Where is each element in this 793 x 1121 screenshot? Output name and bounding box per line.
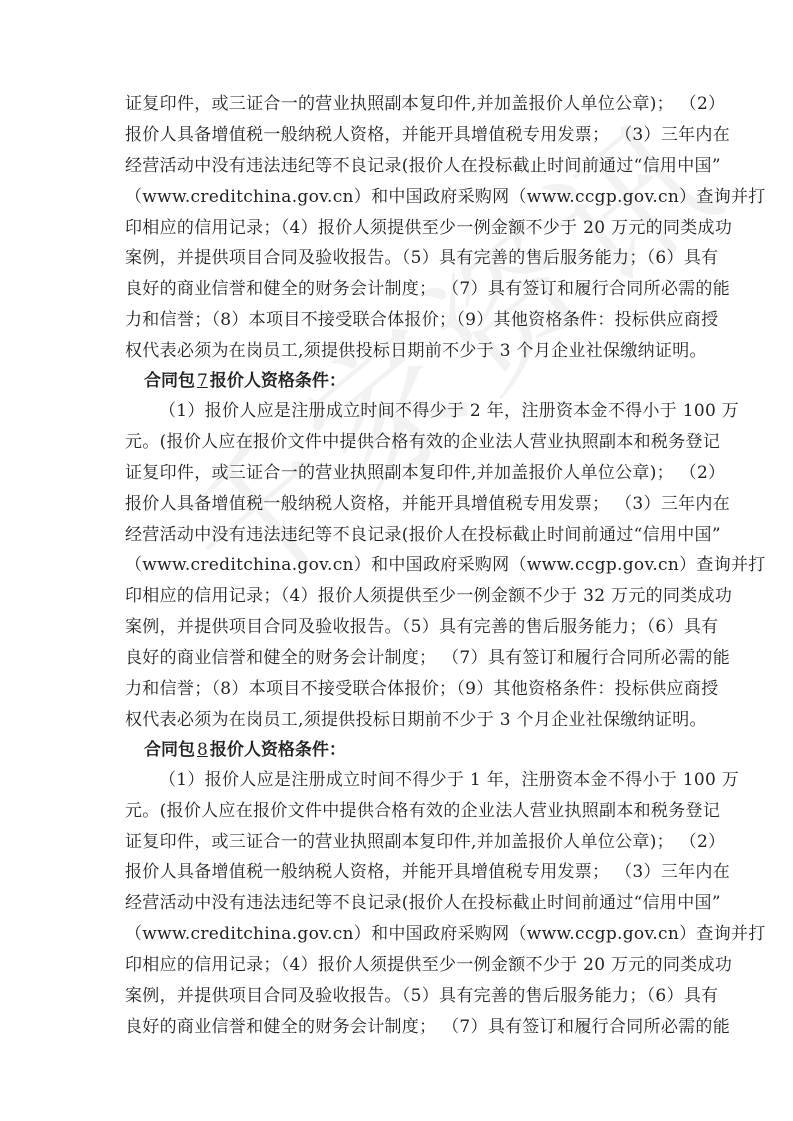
heading-suffix: 报价人资格条件：	[210, 740, 346, 760]
heading-suffix: 报价人资格条件：	[210, 371, 346, 391]
heading-prefix: 合同包	[144, 371, 195, 391]
text-line: 经营活动中没有违法违纪等不良记录(报价人在投标截止时间前通过“信用中国”	[125, 888, 673, 919]
text-line: 报价人具备增值税一般纳税人资格，并能开具增值税专用发票； （3）三年内在	[125, 489, 673, 520]
text-line: 良好的商业信誉和健全的财务会计制度； （7）具有签订和履行合同所必需的能	[125, 643, 673, 674]
text-line: 案例，并提供项目合同及验收报告。（5）具有完善的售后服务能力；（6）具有	[125, 612, 673, 643]
text-line: 权代表必须为在岗员工,须提供投标日期前不少于 3 个月企业社保缴纳证明。	[125, 705, 673, 736]
text-line: 经营活动中没有违法违纪等不良记录(报价人在投标截止时间前通过“信用中国”	[125, 151, 673, 182]
package-8-heading: 合同包8报价人资格条件：	[125, 736, 673, 765]
heading-prefix: 合同包	[144, 740, 195, 760]
text-line: 证复印件，或三证合一的营业执照副本复印件,并加盖报价人单位公章)； （2）	[125, 827, 673, 858]
text-line: 力和信誉；（8）本项目不接受联合体报价；（9）其他资格条件：投标供应商授	[125, 305, 673, 336]
package-number: 7	[195, 371, 210, 391]
document-page: 证复印件，或三证合一的营业执照副本复印件,并加盖报价人单位公章)； （2） 报价…	[125, 89, 673, 1043]
text-line: 印相应的信用记录；（4）报价人须提供至少一例金额不少于 20 万元的同类成功	[125, 950, 673, 981]
text-line: 案例，并提供项目合同及验收报告。（5）具有完善的售后服务能力；（6）具有	[125, 243, 673, 274]
text-line: 案例，并提供项目合同及验收报告。（5）具有完善的售后服务能力；（6）具有	[125, 981, 673, 1012]
text-line: （1）报价人应是注册成立时间不得少于 2 年，注册资本金不得小于 100 万	[125, 396, 673, 427]
text-line: 报价人具备增值税一般纳税人资格，并能开具增值税专用发票； （3）三年内在	[125, 857, 673, 888]
text-line: 良好的商业信誉和健全的财务会计制度； （7）具有签订和履行合同所必需的能	[125, 1012, 673, 1043]
text-line: 元。(报价人应在报价文件中提供合格有效的企业法人营业执照副本和税务登记	[125, 796, 673, 827]
text-line: （www.creditchina.gov.cn）和中国政府采购网（www.ccg…	[125, 550, 673, 581]
text-line: 良好的商业信誉和健全的财务会计制度； （7）具有签订和履行合同所必需的能	[125, 274, 673, 305]
text-line: 证复印件，或三证合一的营业执照副本复印件,并加盖报价人单位公章)； （2）	[125, 458, 673, 489]
text-line: 经营活动中没有违法违纪等不良记录(报价人在投标截止时间前通过“信用中国”	[125, 520, 673, 551]
package-8-body: （1）报价人应是注册成立时间不得少于 1 年，注册资本金不得小于 100 万 元…	[125, 765, 673, 1043]
text-line: 权代表必须为在岗员工,须提供投标日期前不少于 3 个月企业社保缴纳证明。	[125, 336, 673, 367]
text-line: （1）报价人应是注册成立时间不得少于 1 年，注册资本金不得小于 100 万	[125, 765, 673, 796]
text-line: 报价人具备增值税一般纳税人资格，并能开具增值税专用发票； （3）三年内在	[125, 120, 673, 151]
text-line: 印相应的信用记录；（4）报价人须提供至少一例金额不少于 20 万元的同类成功	[125, 213, 673, 244]
text-line: （www.creditchina.gov.cn）和中国政府采购网（www.ccg…	[125, 182, 673, 213]
text-line: 力和信誉；（8）本项目不接受联合体报价；（9）其他资格条件：投标供应商授	[125, 674, 673, 705]
text-line: （www.creditchina.gov.cn）和中国政府采购网（www.ccg…	[125, 919, 673, 950]
section-previous-package-tail: 证复印件，或三证合一的营业执照副本复印件,并加盖报价人单位公章)； （2） 报价…	[125, 89, 673, 367]
text-line: 证复印件，或三证合一的营业执照副本复印件,并加盖报价人单位公章)； （2）	[125, 89, 673, 120]
package-7-heading: 合同包7报价人资格条件：	[125, 367, 673, 396]
text-line: 元。(报价人应在报价文件中提供合格有效的企业法人营业执照副本和税务登记	[125, 427, 673, 458]
package-number: 8	[195, 740, 210, 760]
text-line: 印相应的信用记录；（4）报价人须提供至少一例金额不少于 32 万元的同类成功	[125, 581, 673, 612]
package-7-body: （1）报价人应是注册成立时间不得少于 2 年，注册资本金不得小于 100 万 元…	[125, 396, 673, 736]
